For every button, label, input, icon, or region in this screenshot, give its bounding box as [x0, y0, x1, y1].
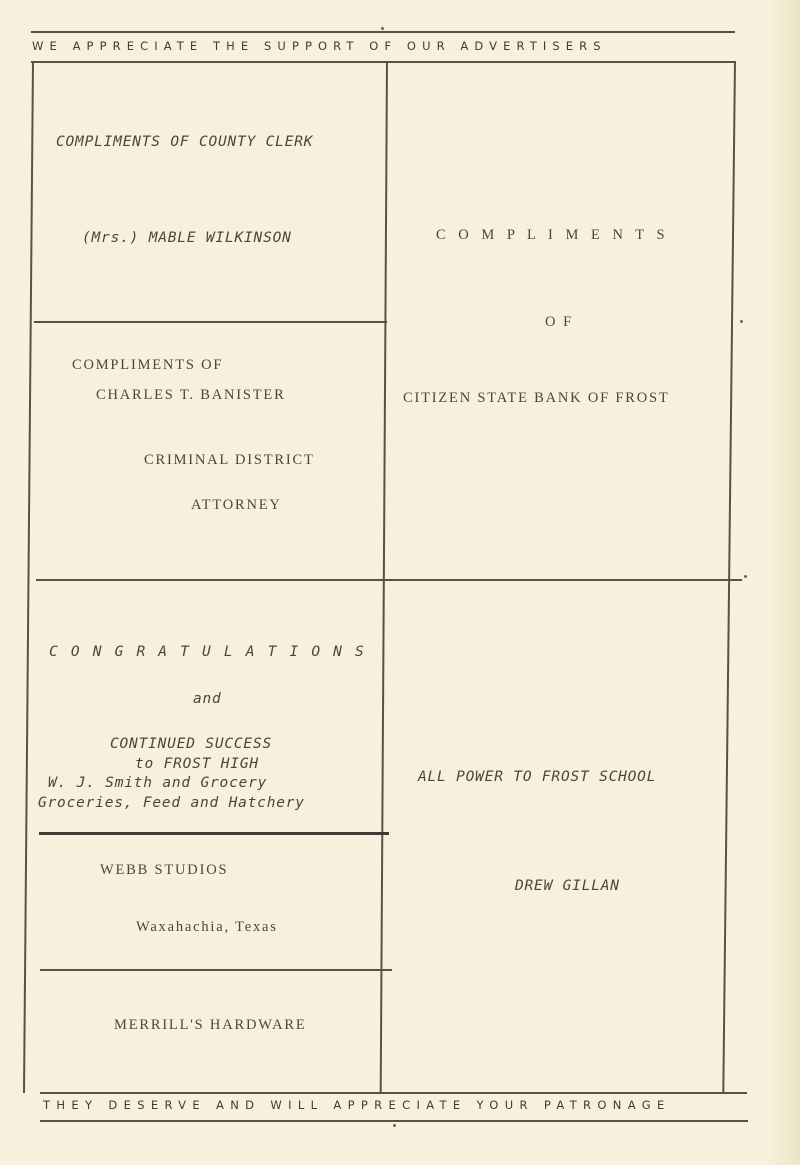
ad-webb-name: WEBB STUDIOS: [100, 862, 228, 879]
bottom-rule: [40, 1120, 748, 1122]
scan-speck: [744, 575, 747, 578]
grid-right-border: [722, 61, 736, 1093]
grid-left-border: [23, 61, 34, 1093]
ad-smith-services: Groceries, Feed and Hatchery: [38, 795, 305, 811]
ad-bank-name: CITIZEN STATE BANK OF FROST: [403, 390, 670, 407]
top-rule: [31, 31, 735, 33]
grid-divider-left-2: [39, 832, 389, 835]
ad-da-name: CHARLES T. BANISTER: [96, 387, 286, 404]
ad-smith-congratulations: C O N G R A T U L A T I O N S: [49, 644, 366, 660]
footer-banner: THEY DESERVE AND WILL APPRECIATE YOUR PA…: [43, 1098, 671, 1112]
ad-bank-of: O F: [545, 314, 573, 331]
grid-divider-middle: [36, 579, 742, 581]
header-banner: WE APPRECIATE THE SUPPORT OF OUR ADVERTI…: [32, 39, 607, 53]
grid-center-divider: [380, 61, 388, 1093]
ad-webb-location: Waxahachia, Texas: [136, 919, 278, 936]
grid-divider-left-1: [34, 321, 387, 323]
ad-da-title-1: CRIMINAL DISTRICT: [144, 452, 315, 469]
scan-speck: [393, 1124, 396, 1127]
page-edge-shadow: [770, 0, 800, 1165]
ad-smith-frost-high: to FROST HIGH: [135, 756, 259, 772]
scan-speck: [381, 27, 384, 30]
ad-smith-name: W. J. Smith and Grocery: [48, 775, 267, 791]
grid-bottom-border: [40, 1092, 747, 1094]
grid-divider-left-3: [40, 969, 392, 971]
ad-frost-school-sponsor: DREW GILLAN: [515, 878, 620, 894]
ad-smith-continued: CONTINUED SUCCESS: [110, 736, 272, 752]
ad-da-title-2: ATTORNEY: [191, 497, 282, 514]
grid-top-border: [31, 61, 735, 63]
ad-county-clerk-heading: COMPLIMENTS OF COUNTY CLERK: [56, 134, 313, 150]
ad-merrills-name: MERRILL'S HARDWARE: [114, 1017, 307, 1034]
ad-frost-school-slogan: ALL POWER TO FROST SCHOOL: [418, 769, 656, 785]
ad-bank-compliments: C O M P L I M E N T S: [436, 227, 669, 244]
scan-speck: [740, 320, 743, 323]
ad-county-clerk-name: (Mrs.) MABLE WILKINSON: [82, 230, 292, 246]
ad-smith-and: and: [193, 691, 222, 707]
ad-da-heading: COMPLIMENTS OF: [72, 357, 223, 374]
